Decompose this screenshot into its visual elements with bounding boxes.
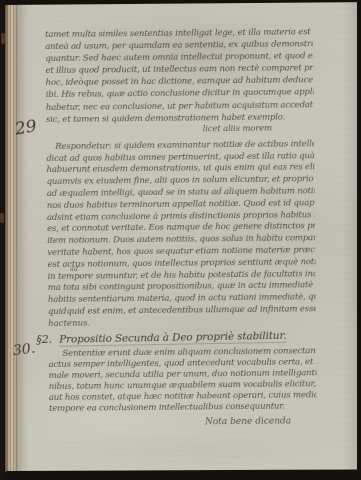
scan-border-left <box>0 0 5 480</box>
page-edge-shade <box>343 2 357 472</box>
paragraph-2-end-word: hactenus. <box>48 316 316 330</box>
manuscript-text-block: tamet multa similes sententias intelliga… <box>45 26 317 429</box>
catchword-line: licet aliis morem <box>46 123 314 137</box>
section-heading-text: Propositio Secunda à Deo propriè stabili… <box>59 329 286 346</box>
binding-red-mark <box>0 213 4 223</box>
paper-stain <box>34 432 334 468</box>
paragraph-3: Sententiæ erunt duæ enim aliquam conclus… <box>48 346 317 415</box>
margin-number-29: 29 <box>14 116 39 139</box>
scan-border-right <box>357 0 361 480</box>
section-heading: §2. Propositio Secunda à Deo propriè sta… <box>48 328 316 348</box>
paragraph-1: tamet multa similes sententias intelliga… <box>45 26 314 126</box>
book-binding-edge <box>4 2 18 472</box>
scan-border-bottom <box>6 469 361 480</box>
manuscript-text-line: tempore ea conclusionem intellectualibus… <box>49 401 317 415</box>
binding-red-mark <box>1 33 5 44</box>
margin-number-30: 30. <box>12 341 36 360</box>
scanned-manuscript-screenshot: 29 30. ad tamet multa similes sententias… <box>0 0 361 480</box>
section-mark: §2. <box>36 333 52 346</box>
binding-shadow <box>18 2 28 472</box>
paragraph-2: Respondetur: si quidem examinantur notit… <box>46 139 316 319</box>
